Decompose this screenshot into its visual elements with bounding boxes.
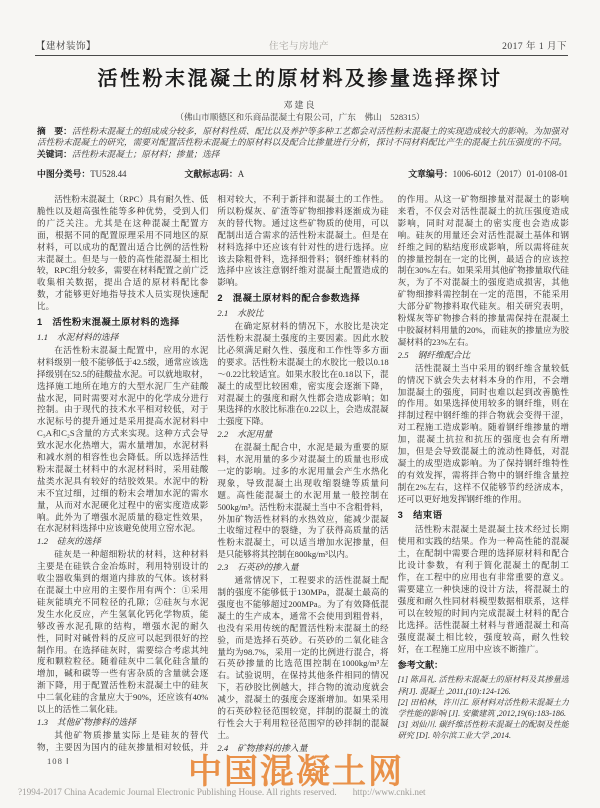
subsection-heading: 2.2 水泥用量 (217, 429, 388, 441)
document-code: 文献标志码：A (185, 167, 245, 180)
keywords-line: 关键词：活性粉末混凝土；原材料；掺量；选择 (37, 149, 568, 160)
subsection-heading: 2.3 石英砂的掺入量 (217, 562, 388, 574)
copyright-footer: ?1994-2017 China Academic Journal Electr… (18, 787, 520, 797)
clc-value: TU528.44 (90, 169, 126, 179)
header-rule (35, 55, 568, 56)
copyright-text: ?1994-2017 China Academic Journal Electr… (18, 787, 337, 797)
section-heading: 1 活性粉末混凝土原材料的选择 (37, 317, 208, 329)
body-paragraph: 在确定原材料的情况下，水胶比是决定活性粉末混凝土强度的主要因素。因此水胶比必须满… (217, 321, 388, 428)
references-heading: 参考文献： (398, 660, 569, 672)
reference-item: [3] 刘仙川. 碳纤维活性粉末混凝土的配制及性能研究 [D]. 哈尔滨工业大学… (398, 719, 569, 741)
header-issue-date: 2017 年 1 月下 (502, 38, 567, 52)
article-id: 文章编号：1006-6012（2017）01-0108-01 (408, 167, 568, 180)
keywords-text: 活性粉末混凝土；原材料；掺量；选择 (72, 149, 220, 159)
body-paragraph: 其他矿物质掺量实际上是硅灰的替代物，主要因为国内的硅灰掺量相对较低，并且硅灰的价… (37, 730, 208, 754)
subsection-heading: 2.1 水胶比 (217, 308, 388, 320)
abstract-text: 活性粉末混凝土的组成成分较多，原材料性质、配比以及养护等多种工艺都会对活性粉末混… (37, 126, 568, 147)
body-paragraph: 活性粉末混凝土是混凝土技术经过长期使用和实践的结果。作为一种高性能的混凝土，在配… (398, 524, 569, 655)
clc-label: 中图分类号： (37, 169, 90, 179)
page-header: 【建材装饰】 住宅与房地产 2017 年 1 月下 (36, 38, 567, 52)
article-id-label: 文章编号： (408, 169, 452, 179)
document-code-value: A (238, 169, 244, 179)
article-author: 邓建良 (0, 98, 600, 111)
watermark-cnconcrete: 中国混凝土网 (188, 744, 404, 793)
cnki-url: http://www.cnki.net (353, 787, 426, 797)
body-columns: 活性粉末混凝土（RPC）具有耐久性、低脆性以及超高强性能等多种优势，受到人们的广… (37, 194, 569, 754)
reference-item: [1] 陈昌礼. 活性粉末混凝土的原材料及其掺量选择[J]. 混凝土 ,2011… (398, 674, 569, 696)
subsection-heading: 1.3 其他矿物掺料的选择 (37, 717, 208, 729)
body-paragraph: 硅灰是一种超细粉状的材料，这种材料主要是在硅铁合金冶炼时，利用特别设计的收尘器收… (37, 549, 208, 716)
subsection-heading: 2.5 钢纤维配合比 (398, 350, 569, 362)
meta-row: 中图分类号：TU528.44 文献标志码：A 文章编号：1006-6012（20… (37, 167, 568, 180)
document-code-label: 文献标志码： (185, 169, 238, 179)
body-paragraph: 活性粉末混凝土（RPC）具有耐久性、低脆性以及超高强性能等多种优势，受到人们的广… (37, 194, 208, 313)
body-paragraph: 在混凝土配合中，水泥是最为重要的原料，水泥用量的多少对混凝土的质量也形成一定的影… (217, 442, 388, 561)
article-title: 活性粉末混凝土的原材料及掺量选择探讨 (0, 62, 600, 91)
subsection-heading: 1.2 硅灰的选择 (37, 536, 208, 548)
body-paragraph: 通常情况下，工程要求的活性混凝土配制的强度不能够低于130MPa，混凝土最高的强… (217, 575, 388, 742)
article-id-value: 1006-6012（2017）01-0108-01 (453, 169, 568, 179)
body-paragraph: 的作用。从这一矿物细掺量对混凝土的影响来看，不仅会对活性混凝土的抗压强度造成影响… (398, 194, 569, 349)
section-heading: 3 结束语 (398, 510, 569, 522)
subsection-heading: 1.1 水泥材料的选择 (37, 332, 208, 344)
text-column-1: 活性粉末混凝土（RPC）具有耐久性、低脆性以及超高强性能等多种优势，受到人们的广… (37, 194, 208, 754)
abstract-paragraph: 摘 要：活性粉末混凝土的组成成分较多，原材料性质、配比以及养护等多种工艺都会对活… (37, 126, 568, 149)
abstract-block: 摘 要：活性粉末混凝土的组成成分较多，原材料性质、配比以及养护等多种工艺都会对活… (37, 126, 568, 160)
body-paragraph: 相对较大，不利于新拌和混凝土的工作性。所以粉煤灰、矿渣等矿物细掺料逐渐成为硅灰的… (217, 194, 388, 289)
text-column-3: 的作用。从这一矿物细掺量对混凝土的影响来看，不仅会对活性混凝土的抗压强度造成影响… (398, 194, 569, 754)
article-affiliation: （佛山市顺德区和乐商品混凝土有限公司，广东 佛山 528315） (0, 111, 600, 123)
header-journal-name: 住宅与房地产 (269, 38, 329, 52)
reference-item: [2] 田柏林，许川江. 原材料对活性粉末混凝土力学性能的影响 [J]. 安徽建… (398, 697, 569, 719)
keywords-label: 关键词： (37, 149, 72, 159)
body-paragraph: 在活性粉末混凝土配置中，应用的水泥材料级别一般不能够低于42.5级，通常应该选择… (37, 345, 208, 536)
body-paragraph: 活性混凝土当中采用的钢纤维含量较低的情况下就会失去材料本身的作用，不会增加混凝土… (398, 363, 569, 506)
clc-number: 中图分类号：TU528.44 (37, 167, 127, 180)
page-number: 108 Ⅰ (47, 756, 70, 767)
abstract-label: 摘 要： (37, 126, 72, 136)
section-heading: 2 混凝土原材料的配合参数选择 (217, 293, 388, 305)
text-column-2: 相对较大，不利于新拌和混凝土的工作性。所以粉煤灰、矿渣等矿物细掺料逐渐成为硅灰的… (217, 194, 388, 754)
header-section-label: 【建材装饰】 (36, 38, 96, 52)
